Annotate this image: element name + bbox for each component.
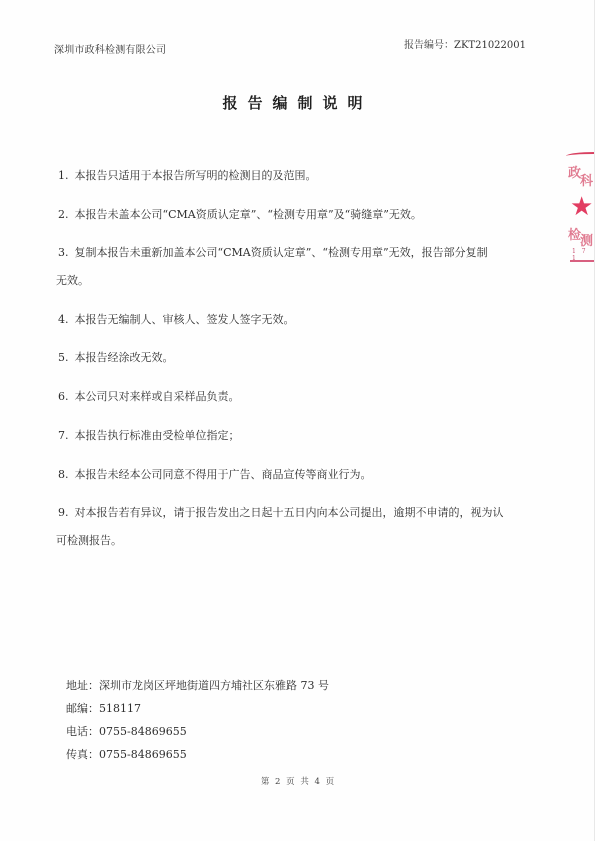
company-seal-stamp: 政 科 ★ 检 测 1 7 1 [562, 148, 595, 266]
seal-star-icon: ★ [570, 192, 593, 222]
header-report-number: 报告编号：ZKT21022001 [404, 36, 526, 51]
item-text-continuation: 可检测报告。 [56, 527, 548, 555]
postcode-label: 邮编： [66, 702, 99, 715]
item-number: 6. [58, 390, 69, 403]
contact-postcode: 邮编：518117 [66, 697, 141, 720]
item-number: 5. [58, 351, 69, 364]
item-text: 本报告只适用于本报告所写明的检测目的及范围。 [75, 169, 317, 182]
item-text-continuation: 无效。 [56, 267, 548, 295]
seal-character: 科 [580, 170, 593, 189]
phone-label: 电话： [66, 725, 99, 738]
page-number: 第 2 页 共 4 页 [0, 775, 595, 787]
item-number: 8. [58, 468, 69, 481]
list-item: 1.本报告只适用于本报告所写明的检测目的及范围。 [58, 162, 548, 190]
item-text: 本报告未经本公司同意不得用于广告、商品宣传等商业行为。 [75, 468, 372, 481]
header-company-name: 深圳市政科检测有限公司 [54, 41, 166, 56]
report-number-label: 报告编号： [404, 40, 454, 51]
fax-value: 0755-84869655 [99, 748, 187, 761]
list-item: 6.本公司只对来样或自采样品负责。 [58, 383, 548, 411]
page-title: 报告编制说明 [0, 92, 595, 113]
address-label: 地址： [66, 679, 99, 692]
seal-arc [570, 260, 595, 262]
item-text: 本报告未盖本公司“CMA资质认定章”、“检测专用章”及“骑缝章”无效。 [75, 208, 422, 221]
item-text: 对本报告若有异议，请于报告发出之日起十五日内向本公司提出，逾期不申请的，视为认 [75, 506, 504, 519]
item-text: 本报告无编制人、审核人、签发人签字无效。 [75, 313, 295, 326]
item-text: 复制本报告未重新加盖本公司“CMA资质认定章”、“检测专用章”无效，报告部分复制 [75, 246, 488, 259]
contact-phone: 电话：0755-84869655 [66, 720, 187, 743]
item-number: 3. [58, 246, 69, 259]
contact-fax: 传真：0755-84869655 [66, 743, 187, 766]
report-number-value: ZKT21022001 [454, 40, 526, 51]
list-item: 4.本报告无编制人、审核人、签发人签字无效。 [58, 306, 548, 334]
item-text: 本报告经涂改无效。 [75, 351, 174, 364]
item-number: 2. [58, 208, 69, 221]
item-number: 7. [58, 429, 69, 442]
list-item: 8.本报告未经本公司同意不得用于广告、商品宣传等商业行为。 [58, 461, 548, 489]
phone-value: 0755-84869655 [99, 725, 187, 738]
item-text: 本公司只对来样或自采样品负责。 [75, 390, 240, 403]
item-text: 本报告执行标准由受检单位指定； [75, 429, 240, 442]
list-item: 5.本报告经涂改无效。 [58, 344, 548, 372]
fax-label: 传真： [66, 748, 99, 761]
item-number: 9. [58, 506, 69, 519]
seal-arc [566, 152, 595, 160]
contact-address: 地址：深圳市龙岗区坪地街道四方埔社区东雅路 73 号 [66, 674, 329, 697]
seal-character: 测 [580, 230, 593, 249]
list-item: 2.本报告未盖本公司“CMA资质认定章”、“检测专用章”及“骑缝章”无效。 [58, 201, 548, 229]
item-number: 4. [58, 313, 69, 326]
address-value: 深圳市龙岗区坪地街道四方埔社区东雅路 73 号 [99, 679, 329, 692]
list-item: 7.本报告执行标准由受检单位指定； [58, 422, 548, 450]
postcode-value: 518117 [99, 702, 141, 715]
list-item: 3.复制本报告未重新加盖本公司“CMA资质认定章”、“检测专用章”无效，报告部分… [58, 239, 548, 295]
item-number: 1. [58, 169, 69, 182]
list-item: 9.对本报告若有异议，请于报告发出之日起十五日内向本公司提出，逾期不申请的，视为… [58, 499, 548, 555]
document-page: 深圳市政科检测有限公司 报告编号：ZKT21022001 报告编制说明 1.本报… [0, 0, 595, 841]
